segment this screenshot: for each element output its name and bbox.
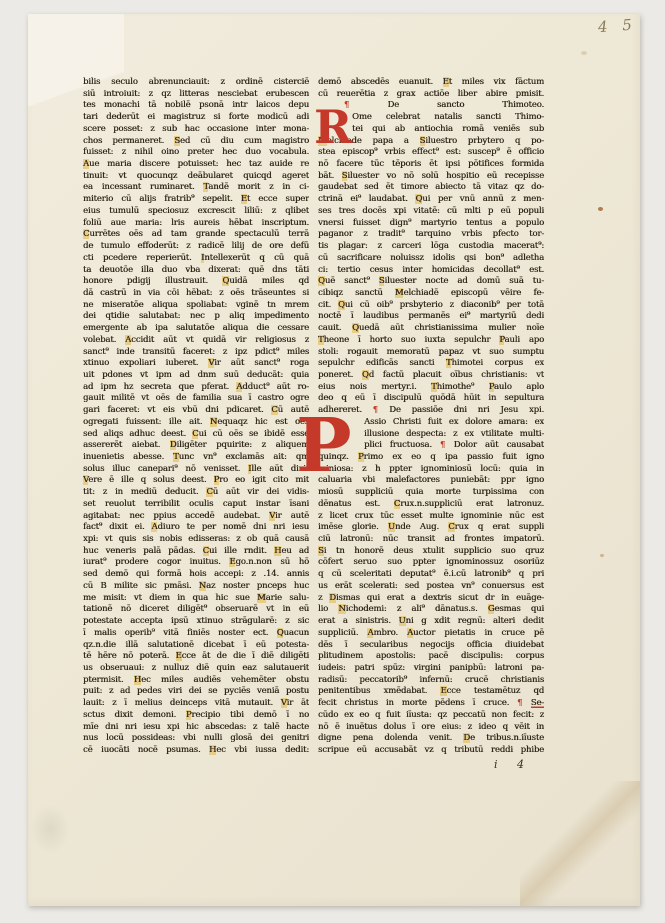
text-segment: uē sanct⁹ [325,276,379,286]
text-segment: mbro. [373,628,407,638]
text-line: bilis seculo abrenunciauit: z ordinē cis… [83,77,309,89]
text-segment: esmas qui [494,604,544,614]
text-segment: iluestro prbytero q po- [425,136,544,146]
text-segment: go.n.non sū hō [235,557,309,567]
text-segment: sctus dixit demoni. [83,710,186,720]
text-line: deo q eū ī discipulū quōdā hūit in sepul… [318,393,544,405]
text-segment: ir aūt sanct⁹ roga [214,358,309,368]
text-line: lio Nichodemi: z ali⁹ dānatus.s. Gesmas … [318,604,544,616]
text-segment: iluester vo nō solū hospitio eū recepiss… [347,171,544,181]
text-segment: ntellexerūt q cū quā [204,253,309,263]
text-line: xpi: vt quis sis nobis edisseras: z ob q… [83,534,309,546]
text-segment: ptermisit. [83,675,134,685]
washed-capital: Q [318,276,325,286]
text-line: volebat. Accidit aūt vt quidā vir religi… [83,335,309,347]
text-segment: ui cū oēs se ibidē esse [198,429,309,439]
text-line: plici fructuosa. ¶ Dolor aūt causabat [318,440,544,452]
left-margin-smudge [30,804,70,854]
signature-mark: i 4 [494,758,532,771]
text-line: miniosa: z h ppter ignominiosū locū: qui… [318,464,544,476]
pilcrow-rubric: ¶ [440,440,454,450]
washed-capital: U [399,616,406,626]
text-line: iurat⁹ prodere cogor inuitus. Ego.n.non … [83,557,309,569]
text-line: vnersi fuisset dign⁹ martyrio tentus a p… [318,218,544,230]
text-segment: ui per vnū annū z men- [422,194,544,204]
text-line: us obseruaui: z nulluz diē quin eaz salu… [83,663,309,675]
text-segment: ctrinā ei⁹ laudabat. [318,194,415,204]
text-line: ciū latronū: nūc transit ad frontes impa… [318,534,544,546]
text-line: tinuit: vt quocunqz deābularet quicqd ag… [83,171,309,183]
text-segment: ed cū diu cum magistro [180,136,309,146]
text-segment: poneret. [318,370,362,380]
text-segment: cce āt de die ī diē diligēti [182,651,309,661]
text-line: gauit militē vt oēs de familia sua ī cas… [83,393,309,405]
text-line: cē iuocāti nocē psumas. Hec vbi iussa de… [83,745,309,757]
text-line: mīe dni nri iesu xpi hic abscedas: z tal… [83,722,309,734]
text-line: radisū: peccatorib⁹ infernū: crucē chris… [318,675,544,687]
text-segment: assererēt aiebat. [83,440,170,450]
text-line: demō abscedēs euanuit. Et miles vix fāct… [318,77,544,89]
text-segment: i tn honorē deus xtulit supplicio suo qr… [324,546,544,556]
text-segment: me misit: vt diem in qua hic sue [83,593,257,603]
text-line: dēs ī secularibus negocijs officia diuid… [318,640,544,652]
text-line: agitabat: nec ppius accedē audebat. Vir … [83,511,309,523]
text-line: quinqz. Primo ex eo q ipa passio fuit ig… [318,452,544,464]
text-line: dēnatus est. Crux.n.suppliciū erat latro… [318,499,544,511]
text-segment: rux q erat suppli [455,522,544,532]
text-segment: uedā aūt christianissima mulier noīe [359,323,544,333]
text-segment: arie salu- [266,593,309,603]
text-line: caluaria vbi malefactores puniebāt: ppr … [318,475,544,487]
text-line: puit: z ad pedes viri dei se pyciēs veni… [83,686,309,698]
text-segment: iluester nocte ad domū suā tu- [384,276,544,286]
text-line: sed aliqs adhuc deest. Cui cū oēs se ibi… [83,429,309,441]
text-segment: uidā miles qd [229,276,309,286]
text-segment: ccidit aūt vt quidā vir religiosus z [131,335,309,345]
text-segment: ere ē ille q solus deest. [88,475,213,485]
text-line: tit: z in mediū deducit. Cū aūt vir dei … [83,487,309,499]
text-line: Aue maria discere potuisset: hec taz aui… [83,159,309,171]
washed-capital: Q [352,323,359,333]
text-line: ptermisit. Hec miles audiēs vehemēter ob… [83,675,309,687]
text-line: paganor z tradit⁹ tarquino vrbis pfecto … [318,229,544,241]
text-line: suppliciū. Ambro. Auctor pietatis in cru… [318,628,544,640]
text-line: ta deuotōe illa duo vba dixerat: quē dns… [83,265,309,277]
text-line: z licet crux tūc esset multe ignominie n… [318,511,544,523]
text-line: me misit: vt diem in qua hic sue Marie s… [83,593,309,605]
text-segment: unc vn⁹ exclamās ait: qm [179,452,309,462]
text-line: potestate accepta ipsū xtinuo strāgularē… [83,616,309,628]
text-line: bāt. Siluester vo nō solū hospitio eū re… [318,171,544,183]
text-line: lauit: z ī melius deinceps vitā mutauit.… [83,698,309,710]
text-line: cū B milite sic pmāsi. Naz noster pnceps… [83,581,309,593]
text-segment: gari faceret: vt eis vbū dni pdicaret. [83,405,271,415]
text-segment: ui cū oib⁹ prsbyterio z diaconib⁹ per to… [345,300,544,310]
text-segment: ismas qui erat a dextris sicut dr in euā… [336,593,544,603]
text-line: set reuolut terribilit oculis caput inst… [83,499,309,511]
text-segment: aulo aplo [494,382,544,392]
text-line: scere posset: z sub hac occasione inter … [83,124,309,136]
text-segment: uacun [283,628,309,638]
text-segment: urrētes oēs ad tam grande spectaculū ter… [89,229,309,239]
text-line: solus illuc canepari⁹ nō venisset. Ille … [83,464,309,476]
text-segment: Se- [531,698,544,708]
text-segment: chos permaneret. [83,136,174,146]
text-segment: honore pdigij illustrauit. [83,276,222,286]
text-line: cū reuerētia z grax actiōe liber abire p… [318,89,544,101]
text-line: Theone ī horto suo iuxta sepulchr Pauli … [318,335,544,347]
text-line: eius tumulū speciosuz excrescit liliū: z… [83,206,309,218]
text-segment: ni g xdit regnū: alteri dedit [406,616,544,626]
text-segment: uctor pietatis in cruce pē [413,628,544,638]
text-segment: lio [318,604,338,614]
text-line: inuenietis abesse. Tunc vn⁹ exclamās ait… [83,452,309,464]
text-segment: Dolor aūt causabat [454,440,544,450]
text-segment: cibiqz sanctū [318,288,395,298]
text-segment: ue maria discere potuisset: hec taz auid… [89,159,309,169]
washed-capital: M [257,593,266,603]
text-segment: sed aliqs adhuc deest. [83,429,192,439]
text-segment: nde Aug. [395,522,448,532]
washed-capital: Q [338,300,345,310]
text-segment: ogregati fuissent: ille ait. [83,417,210,427]
text-line: emergente ab ipa salutatōe aliqua die ce… [83,323,309,335]
text-segment: penitentibus xmēdabat. [318,686,440,696]
text-segment: cit. [318,300,338,310]
text-segment: ichodemi: z ali⁹ dānatus.s. [346,604,488,614]
text-line: nō ē inuētus dolus ī ore eius: z ideo q … [318,722,544,734]
text-segment: cti pcedere reperierūt. [83,253,201,263]
text-line: poneret. Qd factū placuit oībus christia… [318,370,544,382]
text-line: chos permaneret. Sed cū diu cum magistro [83,136,309,148]
text-segment: ad ipm hz secreta que pferat. [83,382,236,392]
text-line: cibiqz sanctū Melchiadē episcopū vēire f… [318,288,544,300]
text-line: xtinuo expoliari iuberet. Vir aūt sanct⁹… [83,358,309,370]
text-segment: iurat⁹ prodere cogor inuitus. [83,557,229,567]
text-line: Assio Christi fuit ex dolore amara: ex [318,417,544,429]
text-segment: dduct⁹ aūt ro- [242,382,309,392]
washed-capital: N [199,581,206,591]
text-segment: fact⁹ dixit ei. [83,522,151,532]
text-segment: ī malis operib⁹ vitā finiēs noster ect. [83,628,277,638]
text-line: illusione despecta: z ex vtilitate multi… [318,429,544,441]
text-segment: az noster pnceps huc [206,581,309,591]
text-segment: huc veneris palā pādas. [83,546,203,556]
text-segment: erat a sinistris. [318,616,399,626]
foxing-spot [600,554,604,557]
text-line: gaudebat sed ēt timore abiecto tā vitaz … [318,182,544,194]
text-segment: himotei corpus ex [451,358,544,368]
text-line: qz.n.die illā salutationē dicebat ī eū p… [83,640,309,652]
text-line: cū sacrificare noluissz idolis qsi bon⁹ … [318,253,544,265]
text-segment: andē morit z in ci- [208,182,309,192]
text-segment: demō abscedēs euanuit. [318,77,443,87]
foxing-spot [581,51,587,55]
text-segment: plici fructuosa. [364,440,440,450]
text-segment: heone ī horto suo iuxta sepulchr [324,335,500,345]
text-segment: himothe⁹ [437,382,489,392]
text-line: tis plagar: z carceri lōga custodia mace… [318,241,544,253]
text-line: eius nois mertyr.i. Thimothe⁹ Paulo aplo [318,382,544,394]
text-segment: inuenietis abesse. [83,452,173,462]
photo-background: 4 5 bilis seculo abrenunciauit: z ordinē… [0,0,665,923]
text-segment: tit: z in mediū deducit. [83,487,206,497]
text-line: miosū suppliciū quia morte turpissima co… [318,487,544,499]
text-line: dei qtidie salutabat: nec p aliq impedim… [83,311,309,323]
text-line: sanct⁹ inde transitū faceret: z ipz pdic… [83,347,309,359]
washed-capital: H [134,675,141,685]
text-segment: rux.n.suppliciū erat latronuz. [400,499,544,509]
text-segment: t ecce super [247,194,309,204]
text-line: dā castrū in via cōi hēbat: z oēs trāseu… [83,288,309,300]
text-segment: ea incessant ruminaret. [83,182,203,192]
text-line: miterio cū alijs fratrib⁹ sepelit. Et ec… [83,194,309,206]
text-segment: agitabat: nec ppius accedē audebat. [83,511,269,521]
text-segment: z [318,593,329,603]
text-segment: xtinuo expoliari iuberet. [83,358,208,368]
text-line: foliū aue maria: lris aureis hēbat inscr… [83,218,309,230]
text-line: Si tn honorē deus xtulit supplicio suo q… [318,546,544,558]
text-segment: d factū placuit oībus christianis: vt [369,370,544,380]
lombard-initial-r: R [314,104,352,150]
lombard-initial-p: P [296,411,352,481]
text-line: huc veneris palā pādas. Cui ille rndit. … [83,546,309,558]
text-segment: cauit. [318,323,352,333]
text-line: nō facere tūc tēporis ēt ipsi pōtifices … [318,159,544,171]
text-segment: cē iuocāti nocē psumas. [83,745,209,755]
text-line: iudeis: patri spūz: virgini panipbū: lat… [318,663,544,675]
text-line: ea incessant ruminaret. Tandē morit z in… [83,182,309,194]
text-segment: dēnatus est. [318,499,394,509]
text-segment: auli apo [504,335,544,345]
text-column-left: bilis seculo abrenunciauit: z ordinē cis… [83,77,309,757]
text-line: cōfert seruo suo ppter ignominossuz osor… [318,557,544,569]
text-line: siū introiuit: z qz litteras nesciebat e… [83,89,309,101]
bottom-right-crease [520,781,640,906]
text-segment: t miles vix fāctum [449,77,544,87]
text-segment: ū aūt vir dei vidis- [213,487,309,497]
text-line: stoli: rogauit memoratū papaz vt suo sum… [318,347,544,359]
text-line: ses tres docēs xpi vitatē: cū mlti p eū … [318,206,544,218]
text-line: z Dismas qui erat a dextris sicut dr in … [318,593,544,605]
text-line: cauit. Quedā aūt christianissima mulier … [318,323,544,335]
text-line: tes monachi tā nobilē psonā intr laicos … [83,100,309,112]
text-line: ogregati fuissent: ille ait. Nequaqz hic… [83,417,309,429]
text-line: tari dederūt ei magistruz si forte modic… [83,112,309,124]
text-line: de tumulo effoderūt: z radicē lilij de o… [83,241,309,253]
text-segment: ir autē [275,511,309,521]
text-segment: lauit: z ī melius deinceps vitā mutauit. [83,698,281,708]
text-segment: miterio cū alijs fratrib⁹ sepelit. [83,194,241,204]
foxing-spot [598,207,603,211]
text-segment: De passiōe dni nri Jesu xpi. [389,405,544,415]
text-line: honore pdigij illustrauit. Quidā miles q… [83,276,309,288]
washed-capital: U [388,522,395,532]
text-line: ctrinā ei⁹ laudabat. Qui per vnū annū z … [318,194,544,206]
text-line: ci: tertio cesus inter homicidas decolla… [318,265,544,277]
manuscript-page: 4 5 bilis seculo abrenunciauit: z ordinē… [28,14,640,906]
folio-annotation: 4 5 [597,14,658,36]
text-line: Quē sanct⁹ Siluester nocte ad domū suā t… [318,276,544,288]
washed-capital: D [329,593,336,603]
text-line: cit. Qui cū oib⁹ prsbyterio z diaconib⁹ … [318,300,544,312]
text-segment: fecit christus in morte pēdens ī cruce. [318,698,517,708]
text-segment: suppliciū. [318,628,367,638]
text-segment: imēse glorie. [318,522,388,532]
text-line: imēse glorie. Unde Aug. Crux q erat supp… [318,522,544,534]
text-segment: ir āt [287,698,309,708]
text-segment: eius nois mertyr.i. [318,382,431,392]
text-line: tē hēre nō poterā. Ecce āt de die ī diē … [83,651,309,663]
text-line: ī malis operib⁹ vitā finiēs noster ect. … [83,628,309,640]
text-line: plitudinem apostolis: pacē discipulis: c… [318,651,544,663]
text-line: adhereret. ¶ De passiōe dni nri Jesu xpi… [318,405,544,417]
text-line: nus locū possideas: vbi nulli glosā dei … [83,733,309,745]
text-segment: eu ad [281,546,309,556]
text-segment: rimo ex eo q ipa passio fuit igno [364,452,544,462]
text-segment: cce testamētuz qd [447,686,545,696]
text-line: digne pena dolenda venit. De tribus.n.iī… [318,733,544,745]
text-line: Vere ē ille q solus deest. Pro eo igit c… [83,475,309,487]
text-segment: sepulchr edificās sancti [318,358,446,368]
text-line: us erāt scelerati: sed postea vn⁹ conuer… [318,581,544,593]
text-segment: ec vbi iussa dedit: [216,745,309,755]
text-segment: bāt. [318,171,342,181]
text-line: sed demō qui formā hois accepi: z .14. a… [83,569,309,581]
text-segment: diuro te per nomē dni nri iesu [157,522,309,532]
text-line: ad ipm hz secreta que pferat. Adduct⁹ aū… [83,382,309,394]
text-line: cūdo ex eo q fuit iīusta: qz peccatū non… [318,710,544,722]
text-segment: iligēter pquirite: z aliquem [176,440,309,450]
washed-capital: N [338,604,345,614]
text-line: uit pdones vt ipm ad dnm suū deducāt: qu… [83,370,309,382]
pilcrow-rubric: ¶ [517,698,531,708]
text-line: tationē nō diceret diligēt⁹ obseruarē vt… [83,604,309,616]
text-line: gari faceret: vt eis vbū dni pdicaret. C… [83,405,309,417]
text-line: penitentibus xmēdabat. Ecce testamētuz q… [318,686,544,698]
text-line: fact⁹ dixit ei. Adiuro te per nomē dni n… [83,522,309,534]
text-segment: ec miles audiēs vehemēter obstu [141,675,309,685]
text-segment: tē hēre nō poterā. [83,651,176,661]
washed-capital: D [463,733,470,743]
text-line: Currētes oēs ad tam grande spectaculū te… [83,229,309,241]
text-segment: digne pena dolenda venit. [318,733,463,743]
text-segment: De sancto Thimoteo. [387,100,544,110]
text-segment: ui ille rndit. [209,546,274,556]
text-line: fuisset: z nihil oino preter hec duo voc… [83,147,309,159]
text-line: noctē ī laudibus permanēs ei⁹ martyriū d… [318,311,544,323]
washed-capital: Q [362,370,369,380]
text-line: sctus dixit demoni. Precipio tibi demō ī… [83,710,309,722]
text-segment: cū B milite sic pmāsi. [83,581,199,591]
text-line: assererēt aiebat. Diligēter pquirite: z … [83,440,309,452]
text-line: ne miseratōe aliqua spoliabat: vginē tn … [83,300,309,312]
text-segment: recipio tibi demō ī no [191,710,309,720]
text-line: erat a sinistris. Uni g xdit regnū: alte… [318,616,544,628]
text-line: fecit christus in morte pēdens ī cruce. … [318,698,544,710]
text-line: sepulchr edificās sancti Thimotei corpus… [318,358,544,370]
text-line: q cū sceleritati deputat⁹ ē.i.cū latroni… [318,569,544,581]
text-segment: volebat. [83,335,125,345]
text-segment: e tribus.n.iīuste [470,733,544,743]
text-segment: solus illuc canepari⁹ nō venisset. [83,464,248,474]
pilcrow-rubric: ¶ [373,405,389,415]
text-column-right: demō abscedēs euanuit. Et miles vix fāct… [318,77,544,757]
text-line: cti pcedere reperierūt. Intellexerūt q c… [83,253,309,265]
text-line: scripue eū accusabāt vz q tributū reddi … [318,745,544,757]
text-segment: elchiadē episcopū vēire fe- [403,288,544,298]
